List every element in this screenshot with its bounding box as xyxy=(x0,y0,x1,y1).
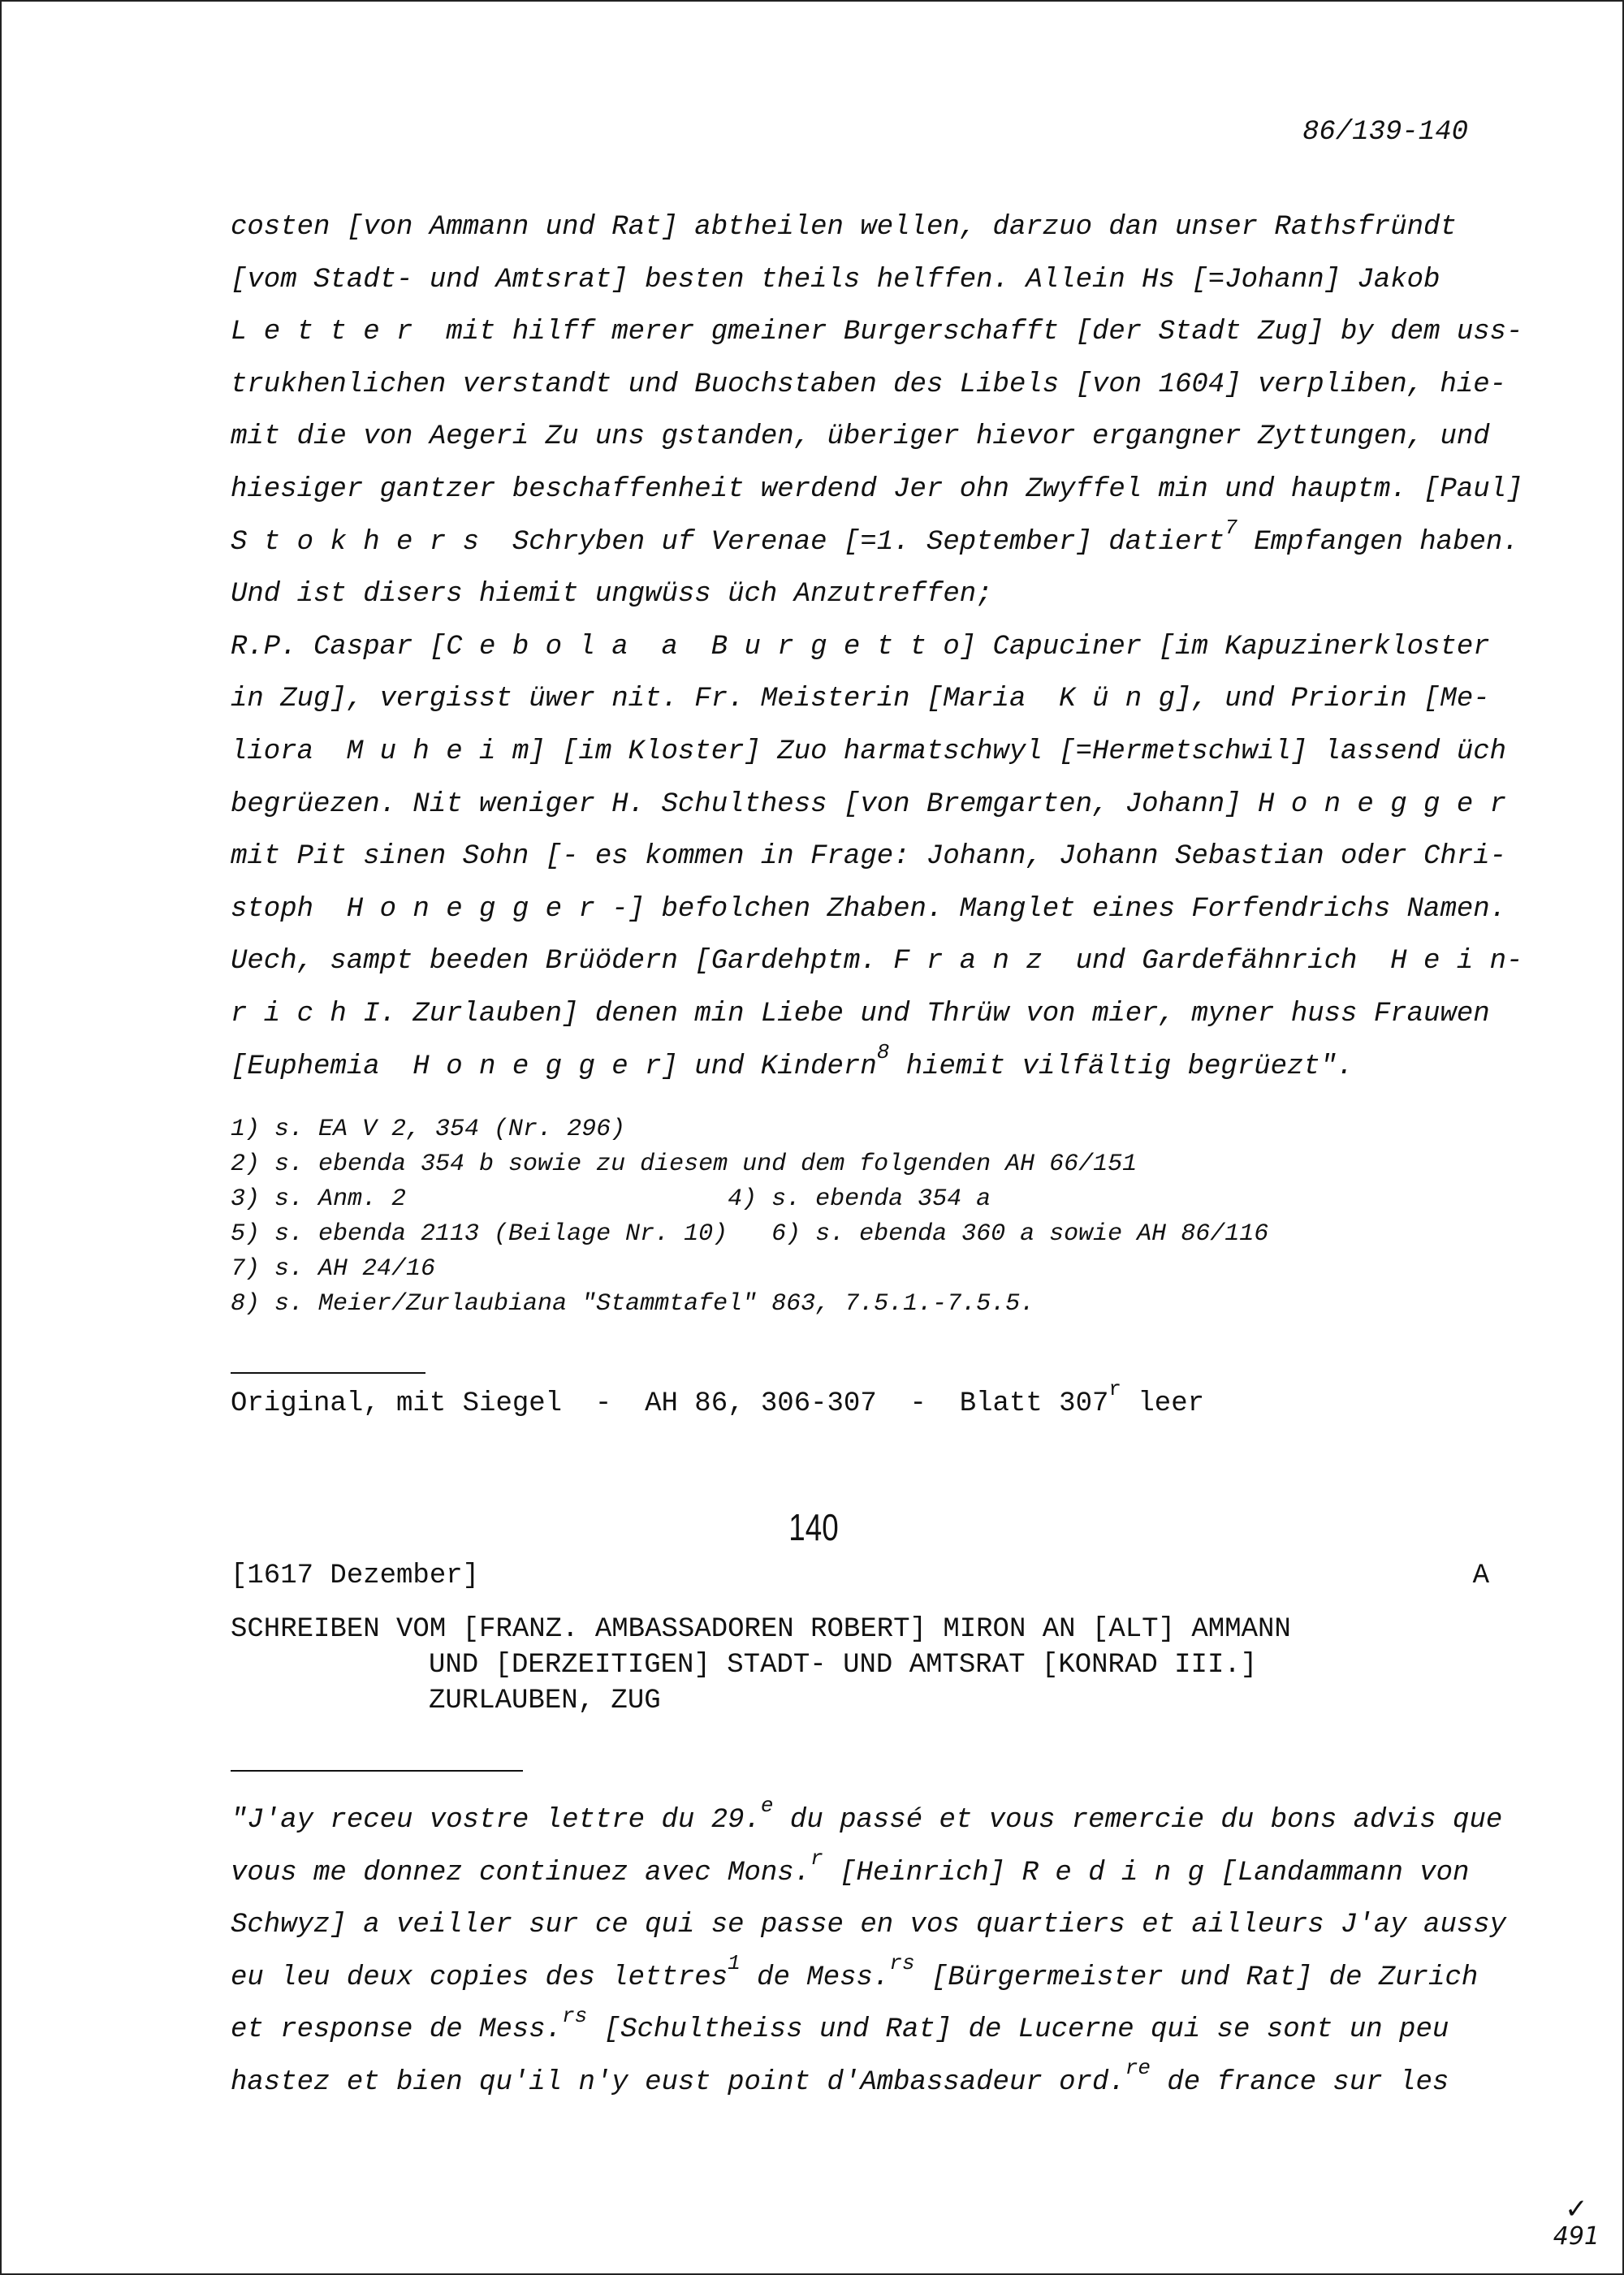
text-line: Und ist disers hiemit ungwüss üch Anzutr… xyxy=(231,568,1505,621)
letter-text: "J'ay receu vostre lettre du 29.e du pas… xyxy=(231,1794,1530,2109)
document-date-line: [1617 Dezember] A xyxy=(231,1561,1489,1591)
text-line: costen [von Ammann und Rat] abtheilen we… xyxy=(231,201,1505,254)
text-line: hiesiger gantzer beschaffenheit werdend … xyxy=(231,464,1505,516)
checkmark-icon: ✓ xyxy=(1553,2195,1600,2223)
text-line: liora M u h e i m] [im Kloster] Zuo harm… xyxy=(231,726,1505,779)
handwritten-marks: ✓ 491 xyxy=(1553,2195,1600,2251)
text-line: R.P. Caspar [C e b o l a a B u r g e t t… xyxy=(231,621,1505,674)
text-line: begrüezen. Nit weniger H. Schulthess [vo… xyxy=(231,779,1505,831)
spaced-name: S t o k h e r s xyxy=(231,527,479,558)
text-line: S t o k h e r s Schryben uf Verenae [=1.… xyxy=(231,516,1505,569)
text-line: mit Pit sinen Sohn [- es kommen in Frage… xyxy=(231,831,1505,883)
document-category: A xyxy=(1473,1561,1489,1591)
section-divider xyxy=(231,1372,425,1374)
text-line: trukhenlichen verstandt und Buochstaben … xyxy=(231,359,1505,412)
text-line: L e t t e r mit hilff merer gmeiner Burg… xyxy=(231,306,1505,359)
footnote: 5) s. ebenda 2113 (Beilage Nr. 10) 6) s.… xyxy=(231,1217,1268,1252)
handwritten-folio-number: 491 xyxy=(1553,2223,1600,2251)
text-line: et response de Mess.rs [Schultheiss und … xyxy=(231,2004,1530,2057)
footnote: 2) s. ebenda 354 b sowie zu diesem und d… xyxy=(231,1147,1268,1182)
footnote-marker: 7 xyxy=(1224,516,1237,540)
document-date: [1617 Dezember] xyxy=(231,1561,479,1591)
footnote: 1) s. EA V 2, 354 (Nr. 296) xyxy=(231,1112,1268,1147)
text-line: [vom Stadt- und Amtsrat] besten theils h… xyxy=(231,254,1505,307)
section-divider xyxy=(231,1770,523,1772)
text-line: vous me donnez continuez avec Mons.r [He… xyxy=(231,1847,1530,1900)
text-line: hastez et bien qu'il n'y eust point d'Am… xyxy=(231,2057,1530,2109)
text-line: "J'ay receu vostre lettre du 29.e du pas… xyxy=(231,1794,1530,1847)
footnote: 3) s. Anm. 2 4) s. ebenda 354 a xyxy=(231,1182,1268,1217)
page-reference: 86/139-140 xyxy=(1302,117,1468,148)
footnote: 8) s. Meier/Zurlaubiana "Stammtafel" 863… xyxy=(231,1287,1268,1322)
text-line: mit die von Aegeri Zu uns gstanden, über… xyxy=(231,411,1505,464)
document-page: 86/139-140 costen [von Ammann und Rat] a… xyxy=(0,0,1624,2275)
footnote-marker: 8 xyxy=(877,1040,890,1064)
letter-continuation: costen [von Ammann und Rat] abtheilen we… xyxy=(231,201,1505,1093)
document-number: 140 xyxy=(164,1505,1463,1549)
footnote: 7) s. AH 24/16 xyxy=(231,1252,1268,1287)
text-line: stoph H o n e g g e r -] befolchen Zhabe… xyxy=(231,883,1505,936)
text-line: Schwyz] a veiller sur ce qui se passe en… xyxy=(231,1899,1530,1952)
text-line: Uech, sampt beeden Brüödern [Gardehptm. … xyxy=(231,935,1505,988)
text-line: eu leu deux copies des lettres1 de Mess.… xyxy=(231,1952,1530,2005)
source-note: Original, mit Siegel - AH 86, 306-307 - … xyxy=(231,1388,1204,1419)
text-line: [Euphemia H o n e g g e r] und Kindern8 … xyxy=(231,1041,1505,1094)
footnotes: 1) s. EA V 2, 354 (Nr. 296) 2) s. ebenda… xyxy=(231,1112,1268,1322)
text-line: r i c h I. Zurlauben] denen min Liebe un… xyxy=(231,988,1505,1041)
text-line: in Zug], vergisst üwer nit. Fr. Meisteri… xyxy=(231,673,1505,726)
document-title: SCHREIBEN VOM [FRANZ. AMBASSADOREN ROBER… xyxy=(231,1612,1291,1719)
spaced-name: L e t t e r xyxy=(231,317,412,348)
